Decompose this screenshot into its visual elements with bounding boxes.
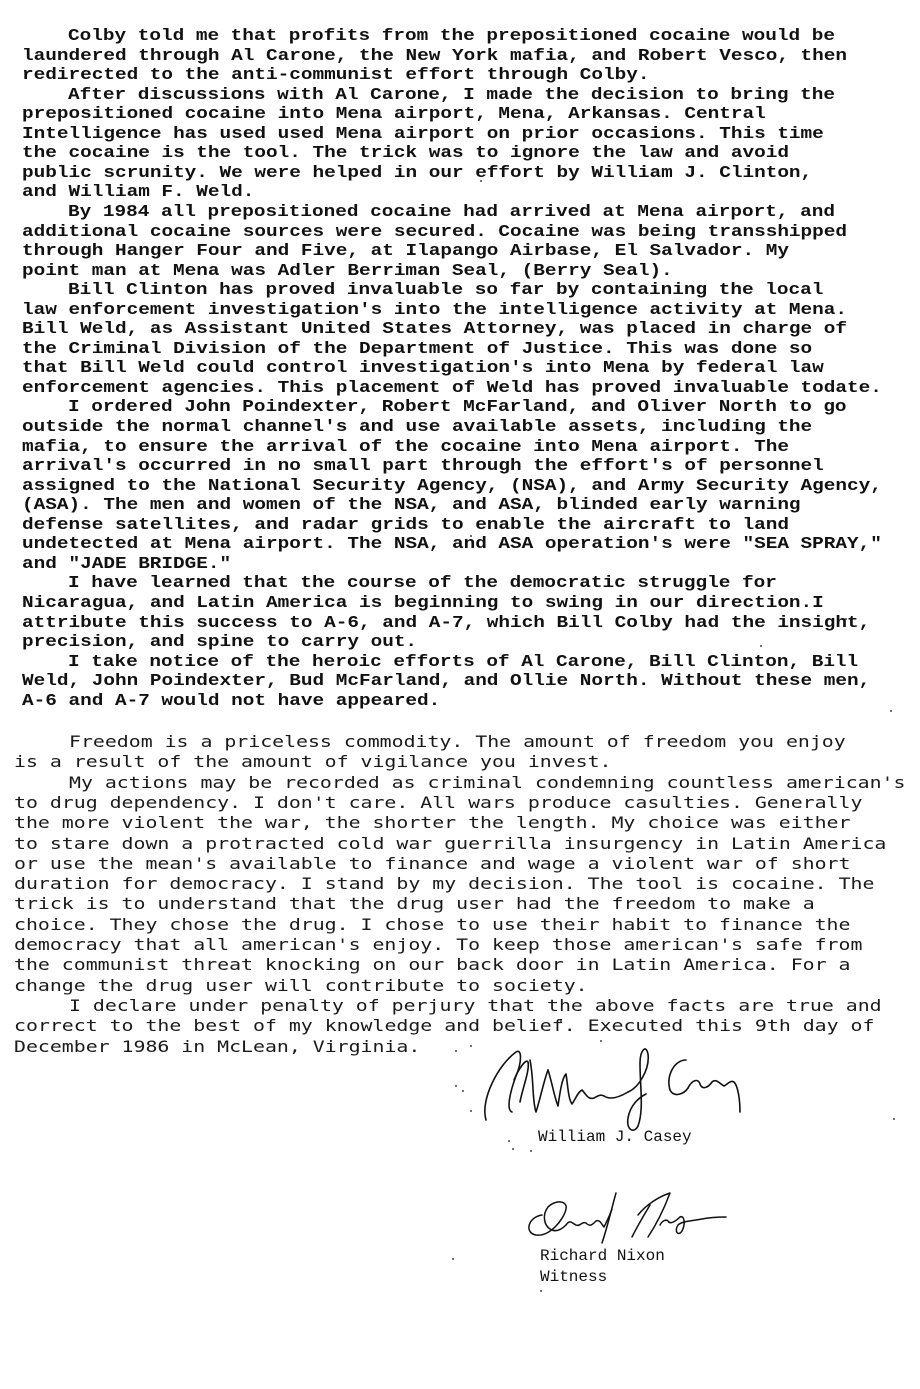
- handwritten-signature-icon: [520, 1185, 740, 1255]
- paragraph-line: public scrunity. We were helped in our e…: [22, 163, 812, 182]
- paragraph-line: arrival's occurred in no small part thro…: [22, 456, 824, 475]
- paragraph-line: prepositioned cocaine into Mena airport,…: [22, 104, 766, 123]
- speck: [770, 520, 772, 522]
- speck: [560, 1020, 562, 1022]
- paragraph-line: choice. They chose the drug. I chose to …: [14, 916, 850, 934]
- paragraph-first-line: I declare under penalty of perjury that …: [69, 997, 882, 1015]
- paragraph-line: law enforcement investigation's into the…: [22, 300, 847, 319]
- paragraph-line: democracy that all american's enjoy. To …: [14, 936, 862, 954]
- paragraph-line: December 1986 in McLean, Virginia.: [14, 1038, 420, 1056]
- paragraph-line: enforcement agencies. This placement of …: [22, 378, 882, 397]
- paragraph-first-line: By 1984 all prepositioned cocaine had ar…: [68, 202, 835, 221]
- speck: [600, 1040, 602, 1042]
- paragraph-line: precision, and spine to carry out.: [22, 632, 417, 651]
- speck: [530, 1150, 532, 1152]
- paragraph-line: the more violent the war, the shorter th…: [14, 814, 850, 832]
- paragraph-first-line: Bill Clinton has proved invaluable so fa…: [68, 280, 823, 299]
- paragraph-line: trick is to understand that the drug use…: [14, 895, 815, 913]
- paragraph-line: defense satellites, and radar grids to e…: [22, 515, 789, 534]
- paragraph-line: Nicaragua, and Latin America is beginnin…: [22, 593, 824, 612]
- paragraph-line: and "JADE BRIDGE.": [22, 554, 231, 573]
- paragraph-line: attribute this success to A-6, and A-7, …: [22, 613, 870, 632]
- paragraph-line: or use the mean's available to finance a…: [14, 855, 850, 873]
- paragraph-line: the communist threat knocking on our bac…: [14, 956, 850, 974]
- paragraph-line: and William F. Weld.: [22, 182, 254, 201]
- casey-signature: [478, 1040, 768, 1135]
- speck: [470, 1045, 472, 1047]
- paragraph-line: the cocaine is the tool. The trick was t…: [22, 143, 789, 162]
- paragraph-line: A-6 and A-7 would not have appeared.: [22, 691, 440, 710]
- paragraph-line: is a result of the amount of vigilance y…: [14, 753, 611, 771]
- speck: [455, 1050, 457, 1052]
- paragraph-line: undetected at Mena airport. The NSA, and…: [22, 534, 882, 553]
- paragraph-first-line: I take notice of the heroic efforts of A…: [68, 652, 858, 671]
- nixon-signer-name: Richard Nixon: [540, 1247, 665, 1265]
- speck: [470, 535, 472, 537]
- speck: [893, 1118, 895, 1120]
- speck: [720, 470, 722, 472]
- paragraph-line: (ASA). The men and women of the NSA, and…: [22, 495, 801, 514]
- speck: [890, 710, 892, 712]
- document-page: Colby told me that profits from the prep…: [0, 0, 920, 1389]
- speck: [760, 645, 762, 647]
- paragraph-line: to stare down a protracted cold war guer…: [14, 835, 886, 853]
- speck: [540, 1290, 542, 1292]
- paragraph-line: assigned to the National Security Agency…: [22, 476, 882, 495]
- paragraph-line: duration for democracy. I stand by my de…: [14, 875, 874, 893]
- paragraph-line: outside the normal channel's and use ava…: [22, 417, 812, 436]
- paragraph-line: change the drug user will contribute to …: [14, 977, 588, 995]
- paragraph-line: that Bill Weld could control investigati…: [22, 358, 824, 377]
- paragraph-line: laundered through Al Carone, the New Yor…: [22, 46, 847, 65]
- paragraph-first-line: After discussions with Al Carone, I made…: [68, 85, 835, 104]
- speck: [452, 1258, 454, 1260]
- nixon-signature: [520, 1185, 740, 1255]
- paragraph-line: additional cocaine sources were secured.…: [22, 222, 847, 241]
- speck: [512, 1148, 514, 1150]
- casey-signer-name: William J. Casey: [538, 1128, 692, 1146]
- paragraph-line: redirected to the anti-communist effort …: [22, 65, 649, 84]
- paragraph-first-line: I ordered John Poindexter, Robert McFarl…: [68, 397, 847, 416]
- paragraph-line: the Criminal Division of the Department …: [22, 339, 812, 358]
- paragraph-first-line: Freedom is a priceless commodity. The am…: [69, 733, 846, 751]
- speck: [455, 1085, 457, 1087]
- paragraph-line: through Hanger Four and Five, at Ilapang…: [22, 241, 789, 260]
- paragraph-first-line: I have learned that the course of the de…: [68, 573, 777, 592]
- speck: [508, 1140, 510, 1142]
- paragraph-line: Weld, John Poindexter, Bud McFarland, an…: [22, 671, 870, 690]
- paragraph-first-line: My actions may be recorded as criminal c…: [69, 774, 905, 792]
- speck: [470, 1110, 472, 1112]
- paragraph-line: Bill Weld, as Assistant United States At…: [22, 319, 847, 338]
- paragraph-first-line: Colby told me that profits from the prep…: [68, 26, 835, 45]
- paragraph-line: to drug dependency. I don't care. All wa…: [14, 794, 862, 812]
- paragraph-line: point man at Mena was Adler Berriman Sea…: [22, 261, 673, 280]
- speck: [845, 618, 847, 620]
- paragraph-line: Intelligence has used used Mena airport …: [22, 124, 824, 143]
- paragraph-line: mafia, to ensure the arrival of the coca…: [22, 437, 789, 456]
- handwritten-signature-icon: [478, 1040, 768, 1135]
- paragraph-line: correct to the best of my knowledge and …: [14, 1017, 874, 1035]
- speck: [462, 1090, 464, 1092]
- nixon-signer-role: Witness: [540, 1268, 607, 1286]
- speck: [480, 180, 482, 182]
